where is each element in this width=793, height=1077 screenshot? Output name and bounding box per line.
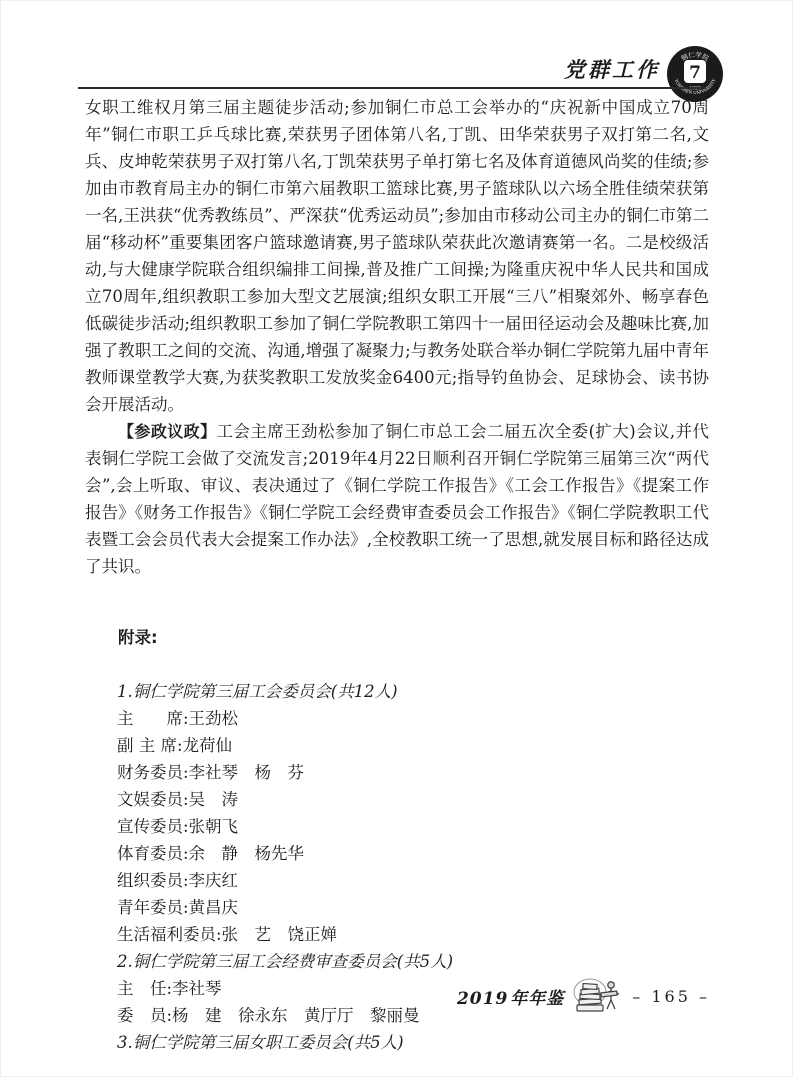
appendix-row-vice-chairman: 副 主 席:龙荷仙	[117, 732, 709, 759]
page-content: 女职工维权月第三届主题徒步活动;参加铜仁市总工会举办的“庆祝新中国成立70周年”…	[85, 94, 709, 1056]
yearbook-suffix: 年年鉴	[510, 989, 564, 1009]
appendix-heading-committee-2: 2.铜仁学院第三届工会经费审查委员会(共5人)	[117, 948, 709, 975]
paragraph-participation: 【参政议政】工会主席王劲松参加了铜仁市总工会二届五次全委(扩大)会议,并代表铜仁…	[85, 418, 709, 580]
appendix-row-welfare-member: 生活福利委员:张 艺 饶正婵	[117, 921, 709, 948]
paragraph-participation-text: 工会主席王劲松参加了铜仁市总工会二届五次全委(扩大)会议,并代表铜仁学院工会做了…	[85, 422, 709, 576]
appendix-heading-committee-3: 3.铜仁学院第三届女职工委员会(共5人)	[117, 1029, 709, 1056]
appendix-row-chairman: 主 席:王劲松	[117, 705, 709, 732]
header-rule	[78, 87, 706, 89]
appendix-row-organization-member: 组织委员:李庆红	[117, 867, 709, 894]
paragraph-union-activities: 女职工维权月第三届主题徒步活动;参加铜仁市总工会举办的“庆祝新中国成立70周年”…	[85, 94, 709, 418]
appendix-row-culture-member: 文娱委员:吴 涛	[117, 786, 709, 813]
appendix-label: 附录:	[85, 624, 709, 648]
yearbook-page: 党群工作 7 铜仁学院 1920 TONGREN UNIVERSITY 女职工维…	[0, 0, 793, 1077]
appendix-row-publicity-member: 宣传委员:张朝飞	[117, 813, 709, 840]
appendix-row-finance-member: 财务委员:李社琴 杨 芬	[117, 759, 709, 786]
appendix-row-sports-member: 体育委员:余 静 杨先华	[117, 840, 709, 867]
paragraph-tag: 【参政议政】	[118, 422, 216, 441]
books-ornament-icon	[572, 975, 624, 1017]
seal-center-glyph: 7	[689, 63, 701, 83]
appendix-heading-committee-1: 1.铜仁学院第三届工会委员会(共12人)	[117, 678, 709, 705]
page-number: – 165 –	[632, 987, 710, 1006]
yearbook-title: 2019年年鉴	[457, 984, 564, 1009]
appendix-row-youth-member: 青年委员:黄昌庆	[117, 894, 709, 921]
section-title: 党群工作	[300, 54, 660, 84]
yearbook-year: 2019	[457, 989, 508, 1009]
page-footer: 2019年年鉴 – 165 –	[457, 975, 710, 1017]
